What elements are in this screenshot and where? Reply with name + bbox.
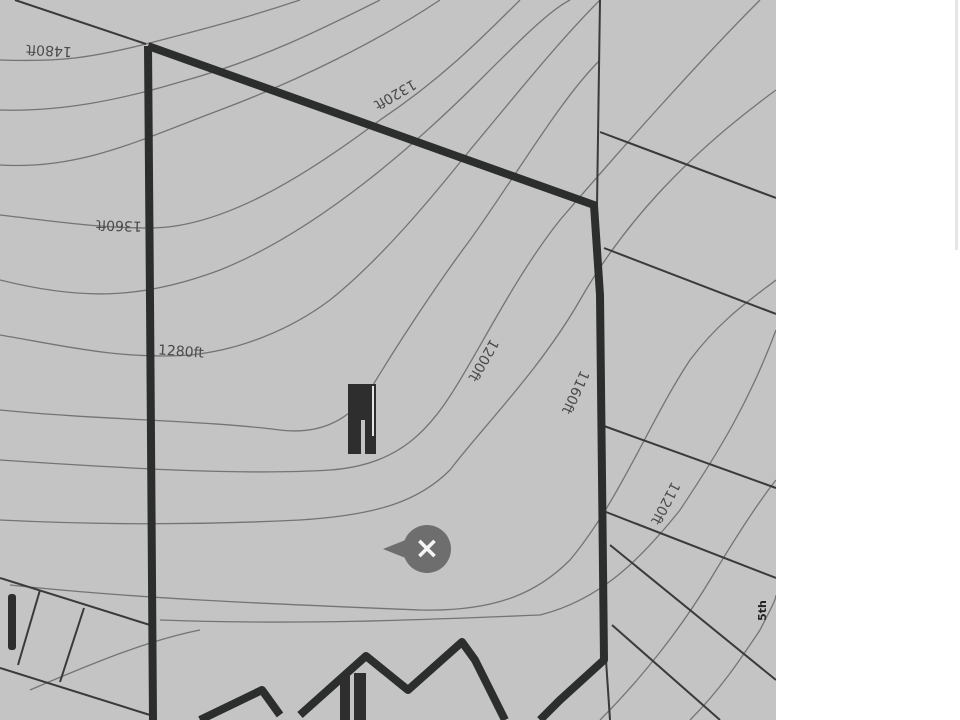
map-canvas[interactable]: 1480ft 1320ft 1360ft 1280ft 1200ft 1160f… xyxy=(0,0,776,720)
edge-label-right: 5th xyxy=(756,600,769,621)
contour-lines xyxy=(0,0,776,720)
contour-label-1280: 1280ft xyxy=(157,342,204,361)
close-icon[interactable]: × xyxy=(403,525,451,573)
map-marker-close[interactable]: × xyxy=(381,525,451,577)
contour-label-1480: 1480ft xyxy=(26,41,73,59)
route-shield-center xyxy=(348,384,376,454)
page-margin xyxy=(776,0,960,720)
property-boundary-south xyxy=(200,642,505,720)
left-edge-shield xyxy=(8,594,16,650)
scan-edge xyxy=(955,0,958,250)
contour-label-1360: 1360ft xyxy=(96,216,142,234)
property-boundary xyxy=(148,46,604,720)
map-layers xyxy=(0,0,776,720)
route-shield-bottom xyxy=(340,673,366,720)
